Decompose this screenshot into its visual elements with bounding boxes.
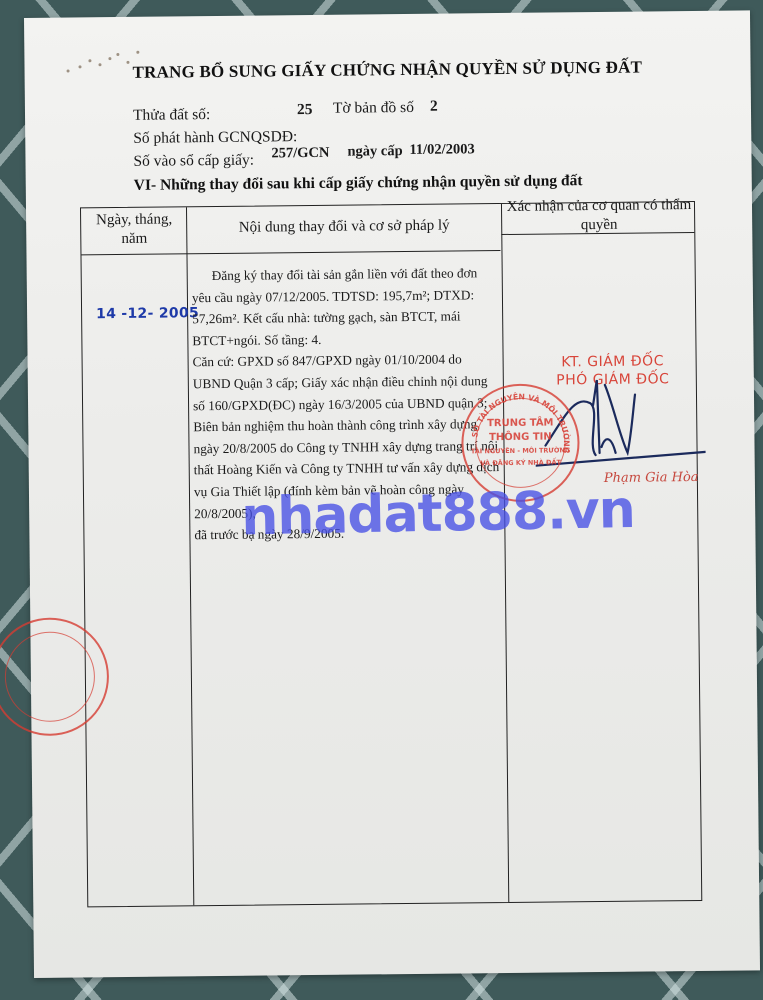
header-confirmation: Xác nhận của cơ quan có thẩm quyền <box>505 196 693 236</box>
section-title: VI- Những thay đổi sau khi cấp giấy chứn… <box>134 172 583 195</box>
row-date-stamp: 14 -12- 2005 <box>96 305 199 322</box>
confirmation-block: KT. GIÁM ĐỐC PHÓ GIÁM ĐỐC Phạm Gia Hòa <box>523 352 703 390</box>
parcel-label: Thửa đất số: <box>133 106 210 125</box>
changes-table: Ngày, tháng, năm Nội dung thay đổi và cơ… <box>80 201 702 907</box>
issue-date-label: ngày cấp <box>347 143 402 161</box>
seal-center-4: VÀ ĐĂNG KÝ NHÀ ĐẤT <box>464 457 578 469</box>
signatory-title-1: KT. GIÁM ĐỐC <box>523 352 703 372</box>
register-value: 257/GCN <box>271 145 329 163</box>
page-title: TRANG BỔ SUNG GIẤY CHỨNG NHẬN QUYỀN SỬ D… <box>132 58 642 83</box>
header-content: Nội dung thay đổi và cơ sở pháp lý <box>189 216 499 238</box>
seal-center-2: THÔNG TIN <box>463 431 577 443</box>
map-sheet-value: 2 <box>430 98 438 116</box>
seal-center-3: TÀI NGUYÊN - MÔI TRƯỜNG <box>464 445 578 457</box>
issue-date-value: 11/02/2003 <box>409 141 474 159</box>
watermark: nhadat888.vn <box>241 480 636 548</box>
header-date: Ngày, tháng, năm <box>83 210 185 249</box>
column-divider <box>501 204 509 902</box>
header-divider <box>81 250 500 255</box>
register-label: Số vào sổ cấp giấy: <box>133 152 254 171</box>
svg-text:SỞ TÀI NGUYÊN VÀ MÔI TRƯỜNG: SỞ TÀI NGUYÊN VÀ MÔI TRƯỜNG <box>470 392 571 455</box>
map-sheet-label: Tờ bản đồ số <box>333 99 414 118</box>
content-paragraph: Đăng ký thay đổi tài sản gắn liền với đấ… <box>192 262 501 352</box>
document-page: TRANG BỔ SUNG GIẤY CHỨNG NHẬN QUYỀN SỬ D… <box>24 10 760 978</box>
seal-center-1: TRUNG TÂM <box>463 417 577 429</box>
parcel-value: 25 <box>297 101 313 119</box>
